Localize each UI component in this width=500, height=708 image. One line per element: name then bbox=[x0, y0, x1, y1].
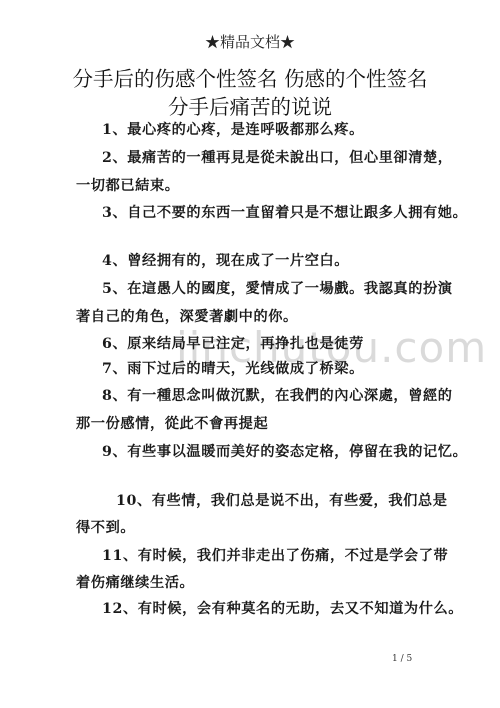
item-text: 11、有时候，我们并非走出了伤痛，不过是学会了带 bbox=[102, 545, 448, 565]
item-text: 12、有时候，会有种莫名的无助，去又不知道为什么。 bbox=[102, 598, 463, 618]
item-text: 6、原来结局早已注定，再挣扎也是徒劳 bbox=[102, 333, 364, 353]
item-text-continued: 著自己的角色，深愛著劇中的你。 bbox=[76, 306, 298, 326]
document-page: ★精品文档★ 分手后的伤感个性签名 伤感的个性签名 分手后痛苦的说说 jinch… bbox=[0, 0, 500, 708]
page-number: 1 / 5 bbox=[392, 654, 412, 664]
item-text: 8、有一種思念叫做沉默，在我們的內心深處，曾經的 bbox=[102, 385, 453, 405]
item-text: 1、最心疼的心疼，是连呼吸都那么疼。 bbox=[102, 119, 364, 139]
item-text: 7、雨下过后的晴天，光线做成了桥梁。 bbox=[102, 358, 364, 378]
item-text-continued: 那一份感情，從此不會再提起 bbox=[76, 413, 268, 433]
item-text: 4、曾经拥有的，现在成了一片空白。 bbox=[102, 250, 349, 270]
header-banner: ★精品文档★ bbox=[0, 31, 500, 52]
item-text-continued: 得不到。 bbox=[76, 517, 135, 537]
item-text: 3、自己不要的东西一直留着只是不想让跟多人拥有她。 bbox=[102, 202, 467, 222]
item-text: 9、有些事以温暖而美好的姿态定格，停留在我的记忆。 bbox=[102, 441, 467, 461]
item-text: 10、有些情，我们总是说不出，有些爱，我们总是 bbox=[116, 490, 447, 510]
document-title-line-1: 分手后的伤感个性签名 伤感的个性签名 bbox=[0, 62, 500, 92]
item-text-continued: 一切都已結束。 bbox=[76, 175, 180, 195]
item-text-continued: 着伤痛继续生活。 bbox=[76, 572, 194, 592]
item-text: 5、在這愚人的國度，愛情成了一場戲。我認真的扮演 bbox=[102, 278, 453, 298]
item-text: 2、最痛苦的一種再見是從未說出口，但心里卻清楚， bbox=[102, 147, 453, 167]
document-title-line-2: 分手后痛苦的说说 bbox=[0, 90, 500, 120]
